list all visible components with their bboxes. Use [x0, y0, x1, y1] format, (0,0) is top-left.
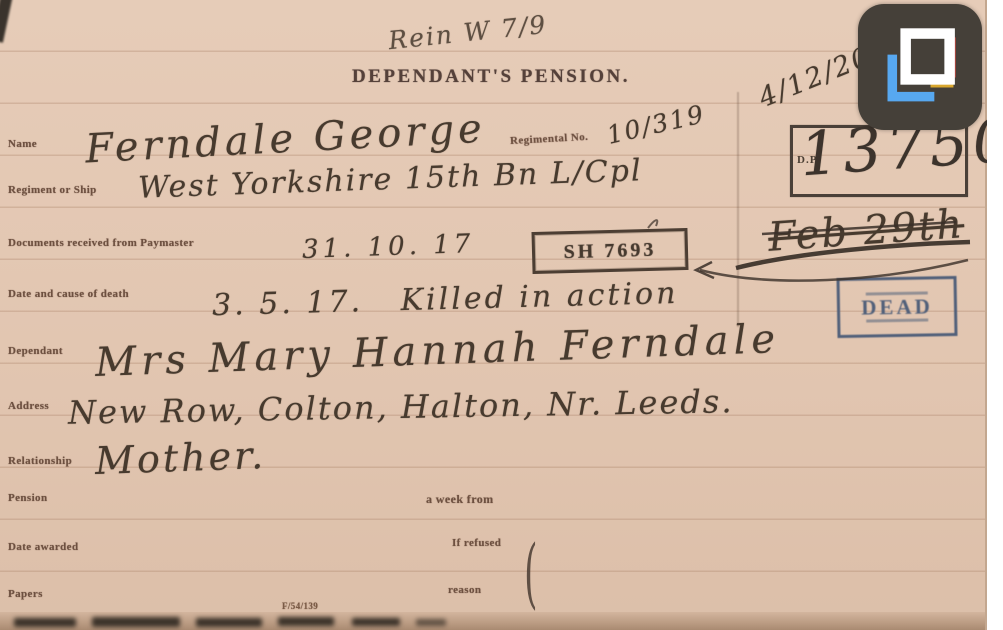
- card-title: DEPENDANT'S PENSION.: [300, 66, 682, 88]
- field-value-death: 3. 5. 17. Killed in action: [212, 276, 679, 323]
- field-value-regimental-no: 10/319: [604, 99, 708, 150]
- dead-stamp-text: DEAD: [861, 297, 933, 316]
- field-label-name: Name: [8, 138, 37, 150]
- scan-crease-line: [737, 92, 739, 327]
- pension-a-week-from-label: a week from: [426, 492, 494, 507]
- pension-record-card: Rein W 7/9 DEPENDANT'S PENSION. 4/12/20 …: [0, 0, 987, 630]
- field-label-regimental-no: Regimental No.: [510, 131, 589, 147]
- reason-label: reason: [448, 584, 481, 596]
- field-label-documents: Documents received from Paymaster: [8, 237, 194, 249]
- field-label-pension: Pension: [8, 492, 47, 504]
- field-label-death: Date and cause of death: [8, 288, 129, 300]
- if-refused-label: If refused: [452, 537, 501, 549]
- field-label-regiment: Regiment or Ship: [8, 184, 97, 196]
- field-value-dependant: Mrs Mary Hannah Ferndale: [94, 316, 780, 386]
- field-label-date-awarded: Date awarded: [8, 541, 78, 553]
- scan-corner-artifact: [0, 0, 13, 43]
- field-value-relationship: Mother.: [94, 433, 267, 483]
- form-code: F/54/139: [282, 601, 318, 611]
- field-label-relationship: Relationship: [8, 455, 72, 467]
- blurred-print-mark: [278, 617, 334, 626]
- scan-margin: [987, 0, 1003, 630]
- blurred-print-mark: [92, 617, 180, 627]
- handwritten-header-annotation: Rein W 7/9: [387, 10, 549, 56]
- field-label-dependant: Dependant: [8, 345, 63, 357]
- blurred-print-mark: [416, 619, 446, 626]
- field-label-papers: Papers: [8, 588, 43, 600]
- refused-bracket-glyph: (: [524, 528, 537, 617]
- field-label-address: Address: [8, 400, 49, 412]
- dead-stamp-bottom-marks: [866, 318, 928, 322]
- blurred-print-mark: [352, 618, 400, 626]
- crossed-out-note: Feb 29th: [767, 201, 966, 261]
- window-overlay-button[interactable]: [858, 4, 982, 130]
- screenshot-root: { "card": { "title": "DEPENDANT'S PENSIO…: [0, 0, 1003, 630]
- field-value-address: New Row, Colton, Halton, Nr. Leeds.: [68, 382, 734, 432]
- next-card-edge-strip: [0, 612, 985, 630]
- field-value-documents: 31. 10. 17: [302, 229, 475, 265]
- layered-windows-icon: [877, 24, 963, 110]
- dead-stamp: DEAD: [836, 276, 957, 338]
- sh-reference-stamp: SH 7693: [531, 228, 688, 274]
- blurred-print-mark: [14, 618, 76, 627]
- blurred-print-mark: [196, 618, 262, 627]
